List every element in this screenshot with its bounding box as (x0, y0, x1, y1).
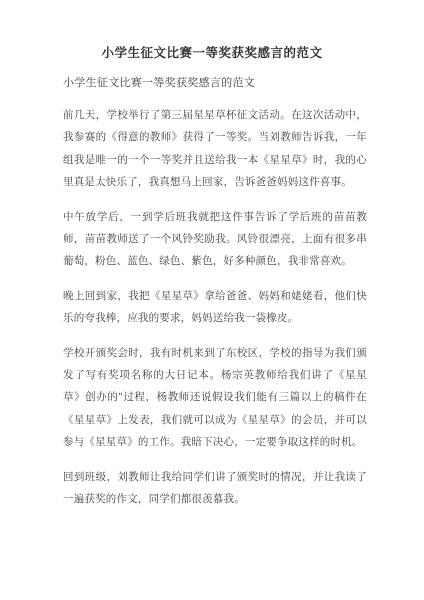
paragraph-4: 学校开颁奖会时，我有时机来到了东校区，学校的指导为我们颁发了写有奖项名称的大日记… (63, 343, 367, 455)
document-subtitle: 小学生征文比赛一等奖获奖感言的范文 (63, 75, 424, 91)
document-body: 前几天，学校举行了第三届星星草杯征文活动。在这次活动中，我参赛的《得意的教师》获… (63, 105, 367, 512)
paragraph-5: 回到班级，刘教师让我给同学们讲了颁奖时的情况，并让我读了一遍获奖的作文，同学们都… (63, 467, 367, 512)
paragraph-2: 中午放学后，一到学后班我就把这件事告诉了学后班的苗苗教师，苗苗教师送了一个风铃奖… (63, 207, 367, 274)
document-page: 小学生征文比赛一等奖获奖感言的范文 小学生征文比赛一等奖获奖感言的范文 前几天，… (0, 0, 424, 600)
document-title: 小学生征文比赛一等奖获奖感言的范文 (0, 44, 424, 62)
paragraph-1: 前几天，学校举行了第三届星星草杯征文活动。在这次活动中，我参赛的《得意的教师》获… (63, 105, 367, 195)
paragraph-3: 晚上回到家，我把《星星草》拿给爸爸、妈妈和姥姥看，他们快乐的夸我棒，应我的要求，… (63, 286, 367, 331)
